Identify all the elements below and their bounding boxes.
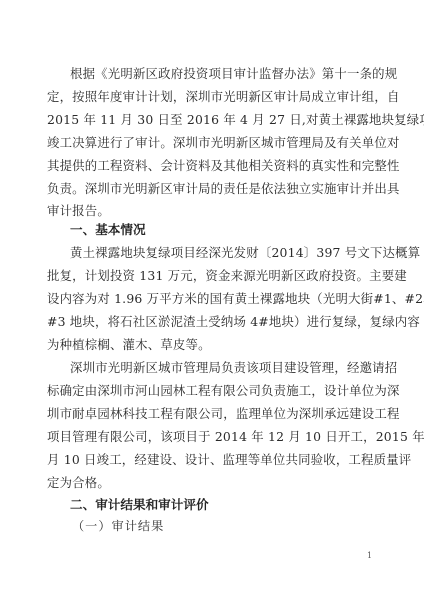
paragraph-1-line-6: 负责。深圳市光明新区审计局的责任是依法独立实施审计并出具 (47, 181, 369, 197)
subsection-heading-audit-result: （一）审计结果 (72, 518, 164, 534)
paragraph-1-line-1: 根据《光明新区政府投资项目审计监督办法》第十一条的规 (70, 66, 369, 82)
document-page: 根据《光明新区政府投资项目审计监督办法》第十一条的规 定，按照年度审计计划，深圳… (0, 0, 424, 600)
paragraph-1-line-4: 竣工决算进行了审计。深圳市光明新区城市管理局及有关单位对 (47, 135, 369, 151)
paragraph-1-line-3: 2015 年 11 月 30 日至 2016 年 4 月 27 日,对黄土裸露地… (47, 112, 369, 128)
paragraph-3-line-6: 定为合格。 (47, 475, 369, 491)
paragraph-3-line-5: 月 10 日竣工，经建设、设计、监理等单位共同验收，工程质量评 (47, 452, 369, 468)
paragraph-2-line-2: 批复，计划投资 131 万元，资金来源光明新区政府投资。主要建 (47, 268, 369, 284)
paragraph-2-line-4: #3 地块，将石社区淤泥渣土受纳场 4#地块）进行复绿，复绿内容 (47, 314, 369, 330)
page-number: 1 (367, 551, 372, 560)
paragraph-1-line-5: 其提供的工程资料、会计资料及其他相关资料的真实性和完整性 (47, 158, 369, 174)
paragraph-2-line-3: 设内容为对 1.96 万平方米的国有黄土裸露地块（光明大街#1、#2、 (47, 291, 369, 307)
paragraph-2-line-5: 为种植棕榈、灌木、草皮等。 (47, 337, 369, 353)
paragraph-1-line-2: 定，按照年度审计计划，深圳市光明新区审计局成立审计组，自 (47, 89, 369, 105)
paragraph-3-line-3: 圳市耐卓园林科技工程有限公司，监理单位为深圳承远建设工程 (47, 406, 369, 422)
section-heading-basic-info: 一、基本情况 (70, 222, 146, 238)
paragraph-3-line-4: 项目管理有限公司，该项目于 2014 年 12 月 10 日开工，2015 年 … (47, 429, 369, 445)
paragraph-3-line-2: 标确定由深圳市河山园林工程有限公司负责施工，设计单位为深 (47, 383, 369, 399)
paragraph-1-line-7: 审计报告。 (47, 203, 369, 219)
paragraph-3-line-1: 深圳市光明新区城市管理局负责该项目建设管理，经邀请招 (70, 360, 369, 376)
paragraph-2-line-1: 黄土裸露地块复绿项目经深光发财〔2014〕397 号文下达概算 (70, 245, 369, 261)
section-heading-audit-results: 二、审计结果和审计评价 (70, 497, 209, 513)
